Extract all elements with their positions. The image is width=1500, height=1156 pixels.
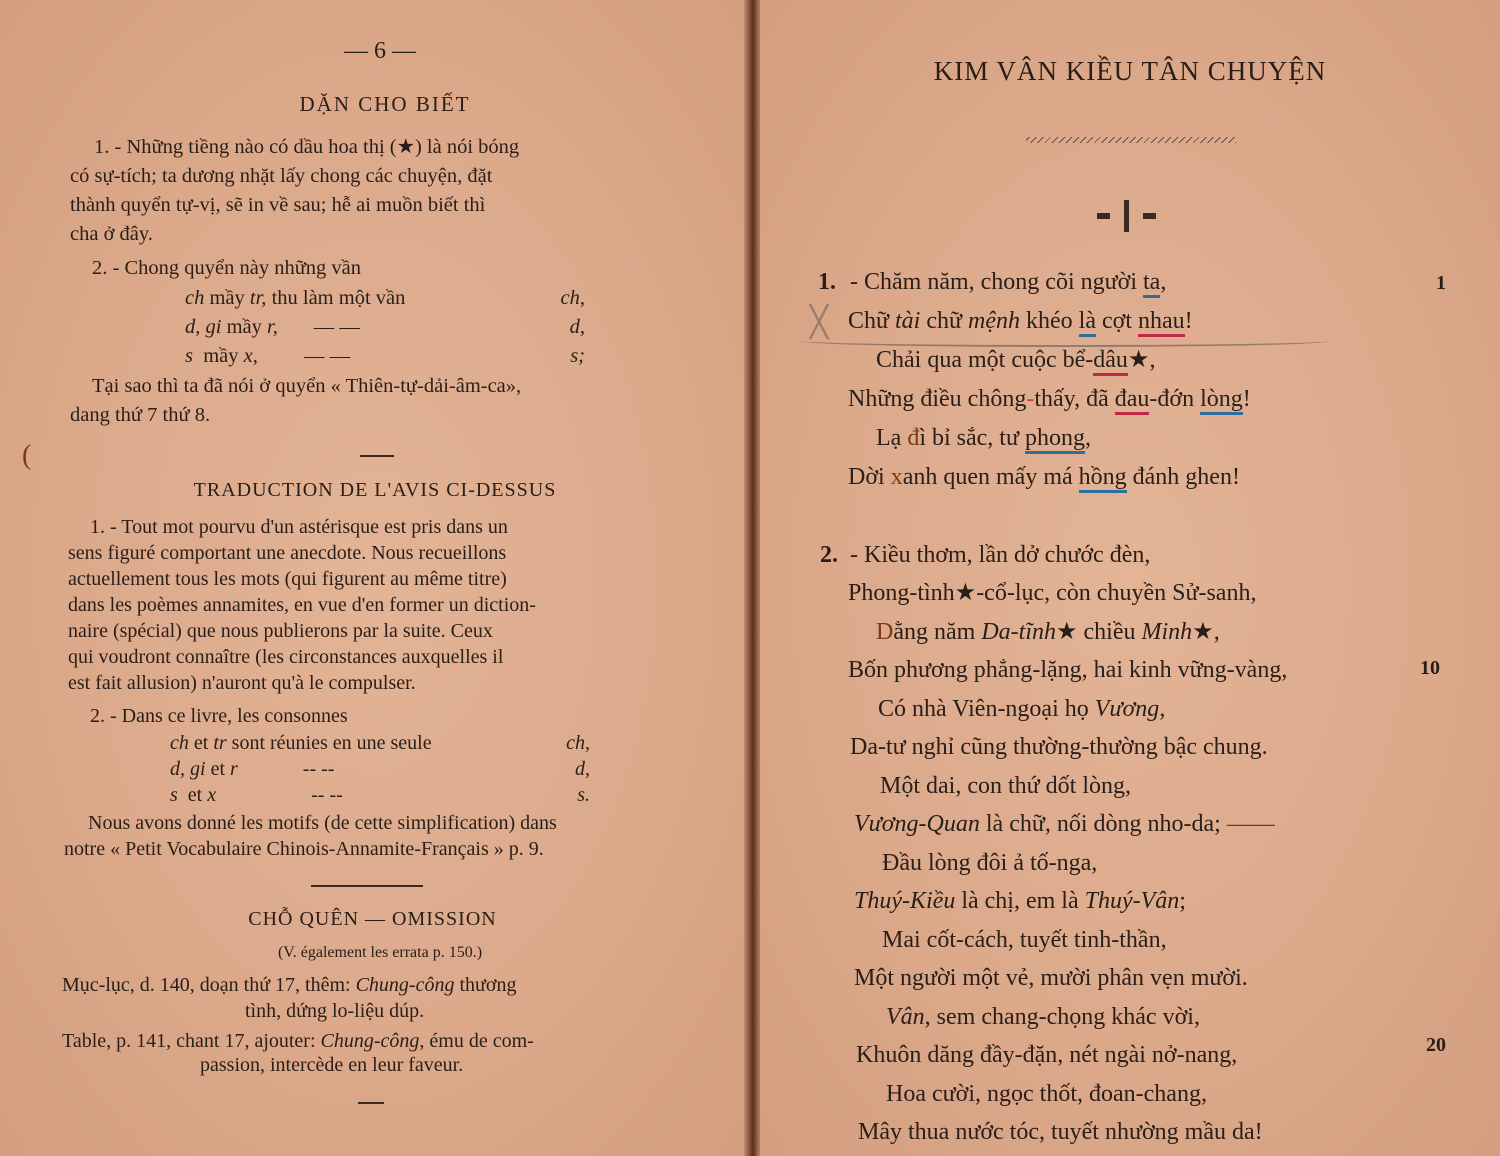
translation-paragraph-3: Nous avons donné les motifs (de cette si… — [64, 810, 694, 862]
verse-line: Thuý-Kiều là chị, em là Thuý-Vân; — [854, 882, 1186, 921]
notice-title: DẶN CHO BIẾT — [0, 92, 770, 117]
omission-french-line-2: passion, intercède en leur faveur. — [200, 1052, 463, 1078]
notice-rules: ch mầy tr, thu làm một vầnch, d, gi mầy … — [185, 284, 585, 371]
chapter-roman-numeral — [1124, 200, 1129, 232]
margin-pencil-mark: ( — [22, 440, 31, 472]
verse-line: Dời xanh quen mấy má hồng đánh ghen! — [848, 458, 1240, 497]
omission-vietnamese-line-1: Mục-lục, d. 140, doạn thứ 17, thêm: Chun… — [62, 972, 516, 998]
verse-line: Hoa cười, ngọc thốt, đoan-chang, — [886, 1075, 1207, 1114]
translation-rules: ch et tr sont réunies en une seulech, d,… — [170, 730, 590, 808]
margin-pencil-cross: ╳ — [810, 305, 828, 340]
verse-line: - Chăm năm, chong cõi người ta, — [850, 263, 1166, 302]
section-divider — [311, 885, 423, 887]
chapter-dash-right — [1143, 213, 1156, 219]
left-page: — 6 — DẶN CHO BIẾT 1. - Những tiềng nào … — [0, 0, 748, 1156]
verse-line: Vương-Quan là chữ, nối dòng nho-da; —— — [854, 805, 1275, 844]
chapter-dash-left — [1097, 213, 1110, 219]
notice-paragraph-1: 1. - Những tiềng nào có dầu hoa thị (★) … — [70, 133, 700, 249]
chapter-marker — [1097, 200, 1156, 232]
line-number: 1 — [1436, 272, 1446, 295]
page-number: — 6 — — [0, 38, 760, 65]
omission-french-line-1: Table, p. 141, chant 17, ajouter: Chung-… — [62, 1028, 534, 1054]
verse-line: Khuôn dăng đầy-đặn, nét ngài nở-nang, — [856, 1036, 1237, 1075]
stanza-2-number: 2. — [820, 536, 838, 575]
verse-line: Da-tư nghỉ cũng thường-thường bậc chung. — [850, 728, 1268, 767]
verse-line: Có nhà Viên-ngoại họ Vương, — [878, 690, 1165, 729]
rule-row: ch mầy tr, thu làm một vầnch, — [185, 284, 585, 313]
ornamental-divider — [1026, 137, 1236, 143]
verse-line: Vân, sem chang-chọng khác vời, — [886, 998, 1200, 1037]
right-page: KIM VÂN KIỀU TÂN CHUYỆN 1. - Chăm năm, c… — [760, 0, 1500, 1156]
verse-line: Đầu lòng đôi ả tố-nga, — [882, 844, 1097, 883]
verse-line: - Kiều thơm, lần dở chước đèn, — [850, 536, 1150, 575]
verse-line: Phong-tình★-cổ-lục, còn chuyền Sử-sanh, — [848, 574, 1256, 613]
notice-paragraph-3: Tại sao thì ta đã nói ở quyển « Thiên-tự… — [70, 372, 700, 430]
verse-line: Dằng năm Da-tĩnh★ chiều Minh★, — [876, 613, 1220, 652]
omission-title: CHỖ QUÊN — OMISSION — [0, 908, 745, 931]
omission-subtitle: (V. également les errata p. 150.) — [0, 944, 760, 962]
translation-paragraph-1: 1. - Tout mot pourvu d'un astérisque est… — [68, 514, 696, 696]
line-number: 20 — [1426, 1034, 1446, 1057]
end-divider — [358, 1102, 384, 1104]
notice-paragraph-2: 2. - Chong quyển này những vần — [92, 254, 361, 283]
rule-row: s et x -- --s. — [170, 782, 590, 808]
verse-line: Mây thua nước tóc, tuyết nhường mầu da! — [858, 1113, 1263, 1152]
verse-line: Lạ đì bỉ sắc, tư phong, — [876, 419, 1091, 458]
rule-row: ch et tr sont réunies en une seulech, — [170, 730, 590, 756]
verse-line: Một dai, con thứ dốt lòng, — [880, 767, 1131, 806]
book-title: KIM VÂN KIỀU TÂN CHUYỆN — [760, 56, 1500, 87]
verse-line: Những điều chông-thấy, đã đau-đớn lòng! — [848, 380, 1251, 419]
rule-row: d, gi mầy r, — —d, — [185, 313, 585, 342]
rule-row: d, gi et r -- --d, — [170, 756, 590, 782]
translation-paragraph-2: 2. - Dans ce livre, les consonnes — [90, 703, 348, 729]
section-divider — [360, 455, 394, 457]
translation-title: TRADUCTION DE L'AVIS CI-DESSUS — [0, 479, 750, 502]
rule-row: s mầy x, — —s; — [185, 342, 585, 371]
stanza-1-number: 1. — [818, 263, 836, 302]
line-number: 10 — [1420, 657, 1440, 680]
omission-vietnamese-line-2: tình, dứng lo-liệu dúp. — [245, 998, 424, 1024]
verse-line: Mai cốt-cách, tuyết tinh-thần, — [882, 921, 1167, 960]
verse-line: Chải qua một cuộc bể-dâu★, — [876, 341, 1155, 380]
verse-line: Một người một vẻ, mười phân vẹn mười. — [854, 959, 1248, 998]
verse-line: Bốn phương phẳng-lặng, hai kinh vững-vàn… — [848, 651, 1287, 690]
